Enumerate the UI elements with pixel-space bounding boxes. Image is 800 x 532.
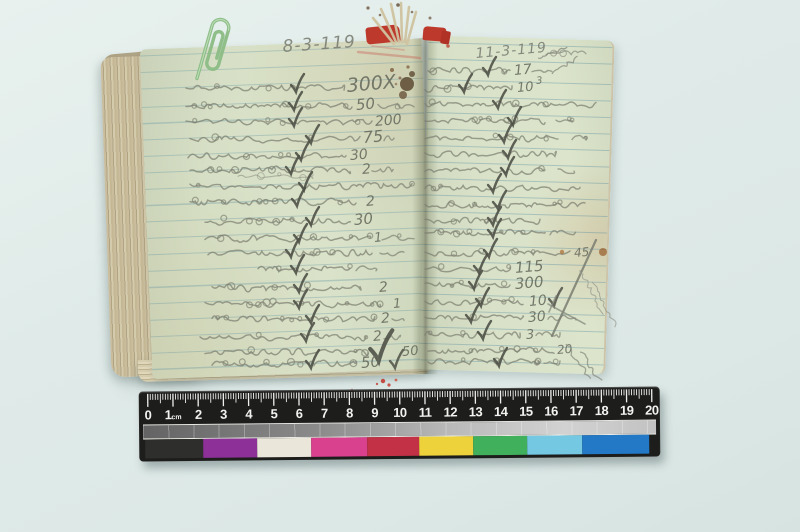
rotated-pencil-note xyxy=(591,281,618,327)
handwritten-number: 30 xyxy=(353,209,374,229)
handwriting-line xyxy=(384,136,394,141)
ruler-unit-label: cm xyxy=(171,414,181,421)
handwriting-line xyxy=(425,101,596,108)
stain-dot xyxy=(387,383,390,386)
color-swatch-green xyxy=(473,436,527,456)
handwritten-number: 30 xyxy=(527,308,546,325)
handwriting-line xyxy=(372,167,393,172)
checkmark xyxy=(301,323,314,341)
stain-dot xyxy=(400,77,414,91)
handwritten-number: 10 xyxy=(516,80,534,96)
handwriting-line xyxy=(425,85,512,92)
ruler-tick-label: 0 xyxy=(135,407,161,422)
handwriting-line xyxy=(425,151,556,157)
page-date-header: 8-3-119 xyxy=(282,32,357,57)
handwriting-line xyxy=(212,360,356,367)
handwriting-line xyxy=(578,269,605,315)
stain-dot xyxy=(411,11,414,14)
handwriting-line xyxy=(550,230,576,234)
color-swatch-yellow xyxy=(419,436,473,456)
handwritten-number: 1 xyxy=(392,296,402,312)
color-swatch-red xyxy=(367,437,419,456)
handwriting-line xyxy=(425,168,545,175)
handwriting-line xyxy=(425,267,510,272)
stain-dot xyxy=(429,17,432,20)
handwriting-line xyxy=(205,235,371,242)
color-swatch-blue xyxy=(582,435,649,455)
ruler-tick-label: 7 xyxy=(311,406,337,421)
handwriting-line xyxy=(425,185,580,191)
ruler-tick-label: 18 xyxy=(588,403,614,418)
handwriting-line xyxy=(200,334,366,341)
handwriting-line xyxy=(356,266,377,271)
ruler-tick-label: 19 xyxy=(614,403,640,418)
handwriting-loop xyxy=(266,118,270,122)
handwriting-line xyxy=(188,153,346,160)
stain-dot xyxy=(560,250,564,254)
ruler-tick-label: 8 xyxy=(336,405,362,420)
stain-dot xyxy=(446,44,450,48)
ruler-tick-label: 1cm xyxy=(160,407,186,422)
rotated-pencil-note xyxy=(551,56,579,76)
handwriting-line xyxy=(425,331,520,338)
handwriting-line xyxy=(190,136,360,143)
handwriting-loop xyxy=(398,234,401,237)
handwriting-line xyxy=(572,135,586,140)
page-date-header: 11-3-119 xyxy=(475,40,548,62)
handwritten-number: 1 xyxy=(373,230,383,246)
handwritten-number: 17 xyxy=(513,61,532,78)
stain-dot xyxy=(399,77,402,80)
ruler-tick-label: 17 xyxy=(563,403,589,418)
handwriting-loop xyxy=(266,86,271,91)
handwriting-line xyxy=(186,85,345,91)
handwritten-number: 3 xyxy=(525,327,535,343)
ruler-tick-label: 6 xyxy=(286,406,312,421)
handwritten-number: 2 xyxy=(372,328,382,345)
handwriting-line xyxy=(428,67,510,73)
paper-clip xyxy=(197,17,231,83)
handwriting-loop xyxy=(279,153,283,157)
stain-dot xyxy=(379,14,382,17)
handwriting-loop xyxy=(221,215,227,221)
ruler-tick-label: 11 xyxy=(412,405,438,420)
ruler-tick-label: 9 xyxy=(362,405,388,420)
ruler-tick-label: 20 xyxy=(639,402,665,417)
handwriting-line xyxy=(238,175,313,179)
handwritten-number: 50 xyxy=(360,352,381,372)
handwritten-number: 3 xyxy=(536,75,543,87)
photo-scene: 8-3-11911-3-119300X502007530223012122505… xyxy=(0,0,800,532)
color-swatch-purple xyxy=(203,438,257,458)
handwritten-number: 2 xyxy=(361,161,371,178)
handwritten-number: 2 xyxy=(380,310,390,327)
handwriting-line xyxy=(551,56,579,76)
handwritten-number: 10 xyxy=(528,292,547,309)
checkmark xyxy=(294,290,307,308)
binding-threads xyxy=(373,3,416,44)
handwritten-number: 300X xyxy=(346,71,398,97)
handwritten-number: 300 xyxy=(514,273,544,293)
handwriting-line xyxy=(591,281,618,327)
handwriting-line xyxy=(536,332,560,337)
handwriting-loop xyxy=(348,264,352,268)
handwriting-line xyxy=(425,135,558,142)
ruler-tick-label: 15 xyxy=(513,404,539,419)
handwriting-line xyxy=(392,319,404,321)
handwritten-number: 2 xyxy=(365,193,375,210)
handwriting-line xyxy=(558,169,575,174)
ruler-tick-label: 5 xyxy=(261,406,287,421)
ruler-tick-label: 14 xyxy=(488,404,514,419)
ruler-tick-label: 4 xyxy=(236,406,262,421)
ruler-tick-label: 2 xyxy=(185,407,211,422)
ruler-tick-label: 16 xyxy=(538,403,564,418)
handwriting: 8-3-11911-3-119300X502007530223012122505… xyxy=(186,3,618,391)
checkmark xyxy=(390,350,403,368)
stain-dot xyxy=(381,379,385,383)
handwriting-line xyxy=(186,119,372,125)
color-swatch-light-blue xyxy=(527,435,582,455)
ruler: 01cm234567891011121314151617181920 xyxy=(139,387,661,462)
handwriting-line xyxy=(425,250,570,257)
checkmark xyxy=(292,188,305,206)
checkmark xyxy=(291,74,304,92)
handwriting-line xyxy=(532,70,552,72)
ruler-tick-label: 3 xyxy=(210,407,236,422)
handwriting-line xyxy=(205,348,368,355)
handwriting-loop xyxy=(502,281,507,286)
color-swatch-white xyxy=(257,438,311,458)
ruler-tick-label: 12 xyxy=(437,404,463,419)
handwriting-line xyxy=(425,283,510,289)
stain-dot xyxy=(396,3,400,7)
color-swatch-black xyxy=(145,439,203,459)
stain-dot xyxy=(395,379,398,382)
stain-dot xyxy=(409,71,415,77)
handwritten-number: 2 xyxy=(378,279,388,296)
handwriting-line xyxy=(425,217,540,224)
stain-dot xyxy=(376,383,378,385)
handwriting-loop xyxy=(439,264,444,269)
stain-dot xyxy=(366,6,369,9)
handwritten-number: 75 xyxy=(362,126,384,147)
stain-dot xyxy=(395,83,398,86)
color-calibration-bar xyxy=(145,435,649,459)
handwriting-line xyxy=(428,358,539,364)
handwriting-line xyxy=(425,300,523,306)
checkmark xyxy=(478,321,491,339)
handwriting-loop xyxy=(493,133,498,138)
handwritten-number: 50 xyxy=(401,344,419,360)
handwritten-number: 50 xyxy=(355,94,376,114)
stain-dot xyxy=(399,91,407,99)
color-swatch-magenta xyxy=(311,437,367,457)
rotated-pencil-note xyxy=(578,269,605,315)
handwriting-line xyxy=(425,118,545,124)
ruler-tick-label: 13 xyxy=(462,404,488,419)
handwriting-line xyxy=(205,301,380,307)
pencil-slash xyxy=(372,46,404,50)
stain-dot xyxy=(406,65,409,68)
ruler-tick-label: 10 xyxy=(387,405,413,420)
stain-dot xyxy=(390,68,394,72)
handwriting-line xyxy=(380,252,404,256)
stain-dot xyxy=(599,248,607,256)
handwriting-line xyxy=(258,266,350,271)
pencil-slash xyxy=(358,52,420,58)
